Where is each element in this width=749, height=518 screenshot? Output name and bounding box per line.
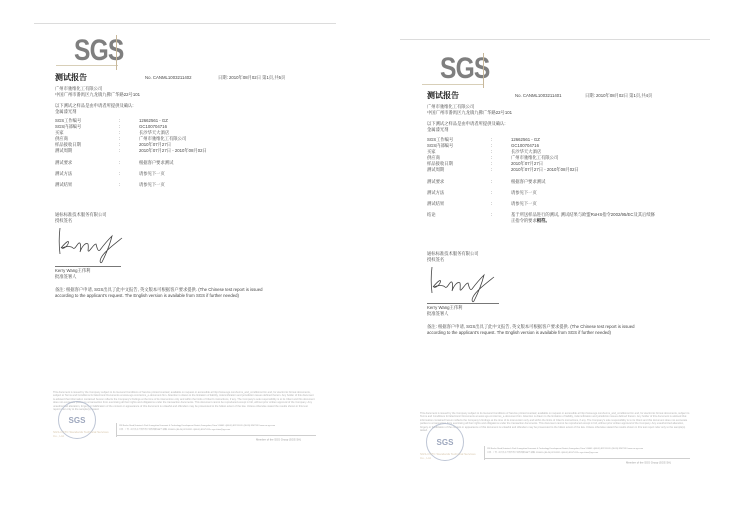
- authorized-signature-label: 授权签名: [55, 218, 72, 224]
- handwritten-signature: [427, 265, 499, 305]
- field-value: 请参见下一页: [511, 190, 537, 196]
- field-value: GC100704716: [511, 143, 539, 148]
- footer-rule: [116, 435, 316, 436]
- report-remark: 备注: 根据客户申请, SGS出具了此中文报告, 英文版本可根据客户要求提供. …: [55, 287, 262, 300]
- field-value: 2010年07月27日 - 2010年08月02日: [139, 148, 207, 154]
- footer-address-en: 198 Kezhu Road,Scientech Park Guangzhou …: [119, 424, 275, 427]
- logo-underline: [422, 84, 484, 85]
- logo-underline: [56, 65, 118, 66]
- field-label: 测试结果: [427, 201, 444, 207]
- conclusion-result: 相符。: [537, 218, 550, 223]
- report-date-page: 日期: 2010年08月02日 第1页,共4页: [585, 93, 652, 99]
- report-number: No. CANML1003211402: [145, 75, 192, 80]
- handwritten-signature: [56, 226, 126, 266]
- authorized-signature-label: 授权签名: [427, 257, 444, 263]
- report-date-page: 日期: 2010年08月02日 第1页,共5页: [218, 75, 285, 81]
- field-label: 测试结果: [55, 182, 72, 188]
- footer-address-cn: 中国 · 广州 · 经济技术开发区科学城科珠路198号 邮编: 510663 t…: [119, 428, 230, 431]
- field-value: 2010年07月27日 - 2010年08月02日: [511, 167, 579, 173]
- logo-tick: [483, 53, 484, 88]
- field-value: 根据客户要求测试: [511, 179, 545, 185]
- field-value: 请参见下一页: [511, 201, 537, 207]
- field-value: 请参见下一页: [139, 182, 165, 188]
- field-label: 测试要求: [427, 179, 444, 185]
- applicant-address: 中国广州市番禺区九龙镇九佛广华路22号101: [55, 92, 140, 98]
- conclusion-text: 基于所送样品进行的测试, 测试结果与欧盟RoHS指令2002/95/EC及其后续…: [511, 212, 655, 225]
- report-remark: 备注: 根据客户申请, SGS出具了此中文报告, 英文版本可根据客户要求提供. …: [427, 324, 634, 337]
- signer-title: 批准签署人: [55, 274, 76, 280]
- field-value: 12662561 - GZ: [139, 118, 168, 123]
- field-label: 测试周期: [55, 148, 72, 154]
- field-label: 测试方法: [427, 190, 444, 196]
- conclusion-label: 结论: [427, 212, 436, 218]
- report-page-2: SGS 测试报告 No. CANML1003211401 日期: 2010年08…: [400, 39, 710, 479]
- footer-address-en: 198 Kezhu Road,Scientech Park Guangzhou …: [487, 447, 643, 450]
- faint-company-name: SGS-CSTC Standards Technical Services Co…: [420, 452, 480, 460]
- page-top-border: [34, 23, 336, 24]
- remark-line-2: according to the applicant's request. Th…: [55, 293, 262, 299]
- conclusion-row: 结论 : 基于所送样品进行的测试, 测试结果与欧盟RoHS指令2002/95/E…: [427, 212, 697, 226]
- conclusion-line-1: 基于所送样品进行的测试, 测试结果与欧盟RoHS指令2002/95/EC及其后续…: [511, 212, 655, 217]
- report-title: 测试报告: [427, 90, 459, 101]
- page-top-border: [400, 39, 710, 40]
- report-number: No. CANML1003211401: [515, 93, 562, 98]
- report-page-1: SGS 测试报告 No. CANML1003211402 日期: 2010年08…: [34, 23, 336, 443]
- faint-company-name: SGS-CSTC Standards Technical Services Co…: [53, 430, 113, 438]
- stamp-text: SGS: [69, 416, 86, 425]
- footer-address-cn: 中国 · 广州 · 经济技术开发区科学城科珠路198号 邮编: 510663 t…: [487, 451, 598, 454]
- field-label: 测试要求: [55, 160, 72, 166]
- member-of-sgs-group: Member of the SGS Group (SGS SA): [626, 461, 671, 464]
- stamp-text: SGS: [437, 438, 454, 447]
- signature-line: [55, 266, 121, 267]
- field-value: 12662561 - GZ: [511, 137, 540, 142]
- sample-name: 金属漆光剂: [427, 127, 448, 133]
- field-value: GC100704716: [139, 124, 167, 129]
- remark-line-2: according to the applicant's request. Th…: [427, 330, 634, 336]
- signer-title: 批准签署人: [427, 311, 448, 317]
- member-of-sgs-group: Member of the SGS Group (SGS SA): [256, 438, 301, 441]
- conclusion-line-2: 正指令的要求: [511, 218, 537, 223]
- signature-line: [427, 303, 499, 304]
- field-value: 根据客户要求测试: [139, 160, 173, 166]
- field-label: 测试周期: [427, 167, 444, 173]
- field-label: 测试方法: [55, 171, 72, 177]
- sample-name: 金属漆光剂: [55, 109, 76, 115]
- field-value: 请参见下一页: [139, 171, 165, 177]
- applicant-address: 中国广州市番禺区九龙镇九佛广华路22号101: [427, 110, 512, 116]
- footer-rule: [484, 458, 690, 459]
- report-title: 测试报告: [55, 72, 87, 83]
- logo-tick: [116, 35, 117, 70]
